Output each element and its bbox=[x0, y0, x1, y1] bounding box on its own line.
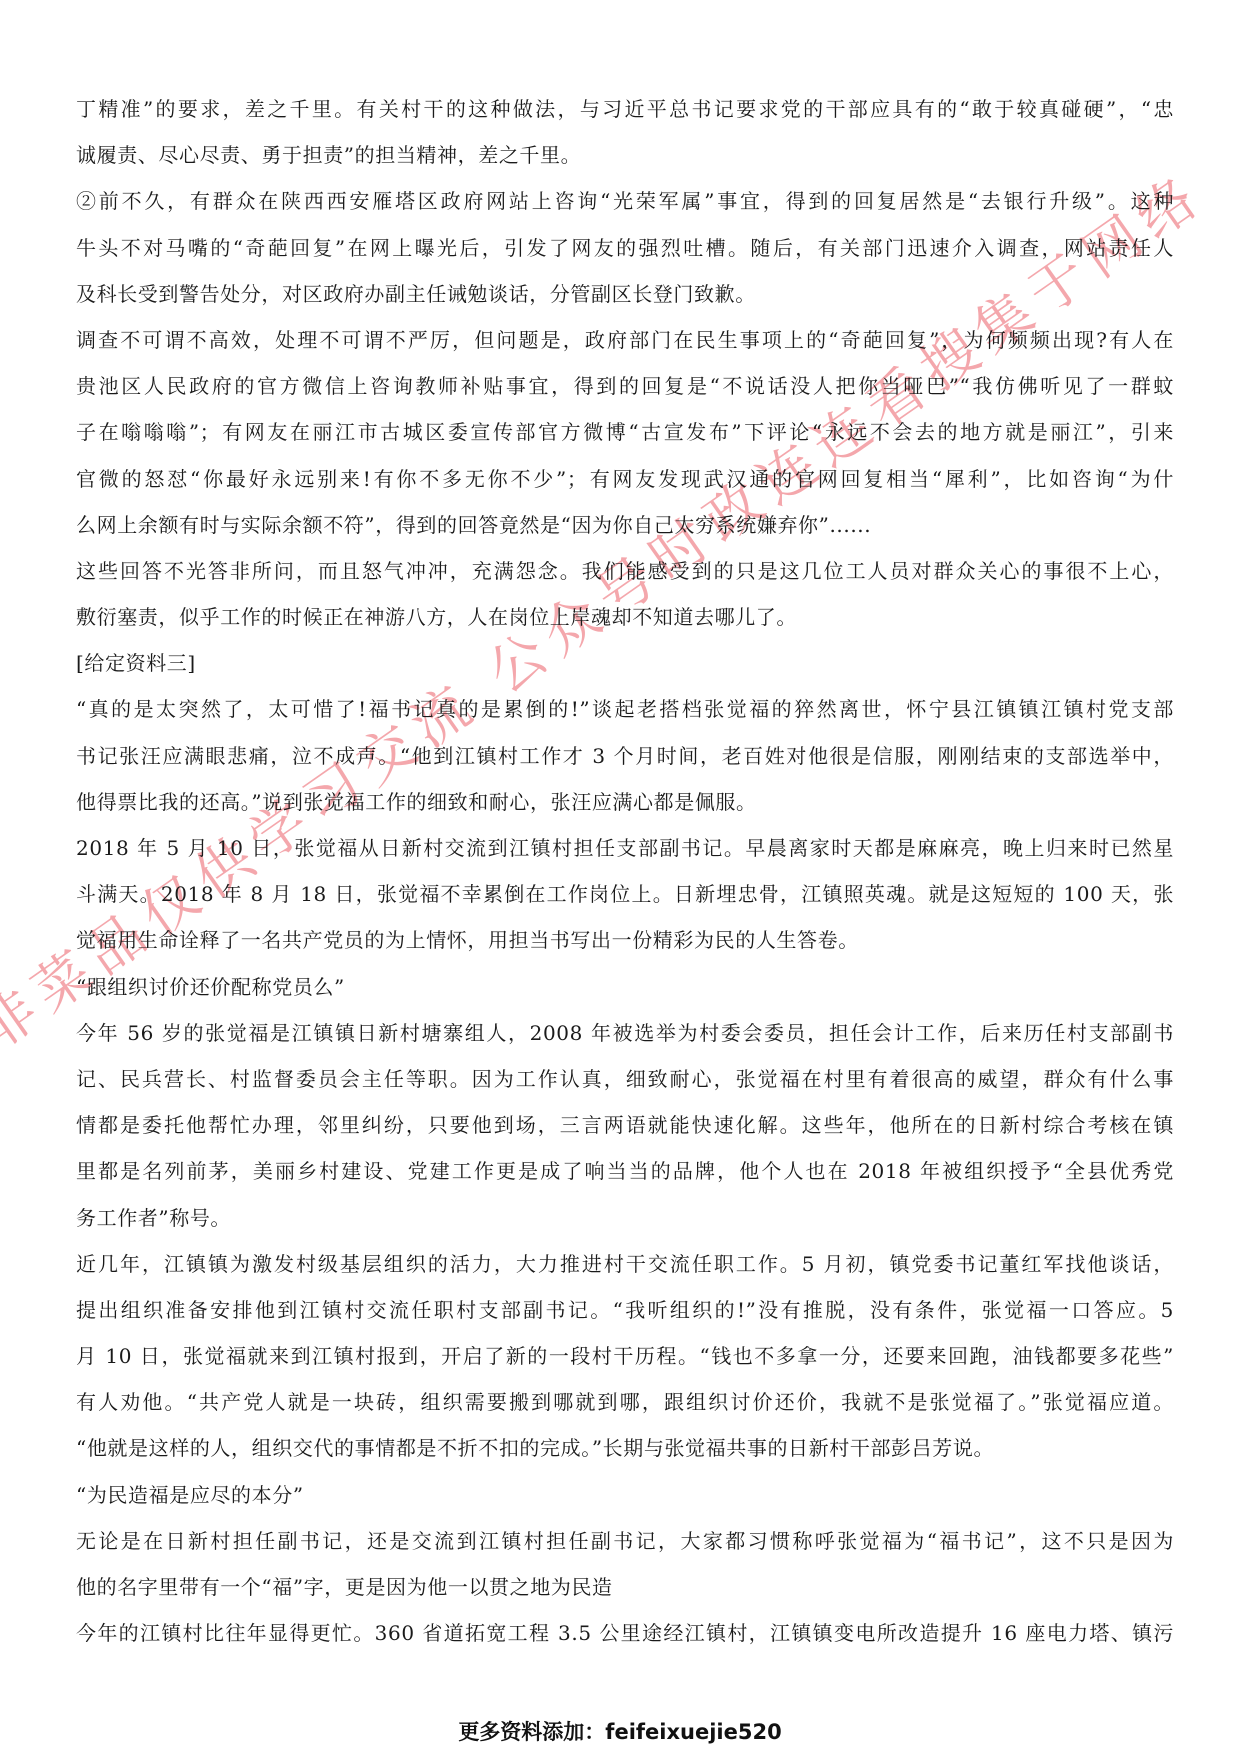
text-line: 调查不可谓不高效，处理不可谓不严厉，但问题是，政府部门在民生事项上的“奇葩回复”… bbox=[76, 317, 1174, 363]
text-line: 么网上余额有时与实际余额不符”，得到的回答竟然是“因为你自己太穷系统嫌弃你”..… bbox=[76, 502, 1174, 548]
document-page: 非菜品仅供学习交流 公众号时政连连看搜集于网络 丁精准”的要求，差之千里。有关村… bbox=[0, 0, 1240, 1754]
text-line: 务工作者”称号。 bbox=[76, 1195, 1174, 1241]
text-line: 子在嗡嗡嗡”；有网友在丽江市古城区委宣传部官方微博“古宣发布”下评论“永远不会去… bbox=[76, 409, 1174, 455]
text-line: 记、民兵营长、村监督委员会主任等职。因为工作认真，细致耐心，张觉福在村里有着很高… bbox=[76, 1056, 1174, 1102]
footer-contact: 更多资料添加：feifeixuejie520 bbox=[0, 1716, 1240, 1746]
text-line: 无论是在日新村担任副书记，还是交流到江镇村担任副书记，大家都习惯称呼张觉福为“福… bbox=[76, 1518, 1174, 1564]
text-line: 丁精准”的要求，差之千里。有关村干的这种做法，与习近平总书记要求党的干部应具有的… bbox=[76, 86, 1174, 132]
text-line: 他得票比我的还高。”说到张觉福工作的细致和耐心，张汪应满心都是佩服。 bbox=[76, 779, 1174, 825]
text-line: 官微的怒怼“你最好永远别来!有你不多无你不少”；有网友发现武汉通的官网回复相当“… bbox=[76, 456, 1174, 502]
document-body: 丁精准”的要求，差之千里。有关村干的这种做法，与习近平总书记要求党的干部应具有的… bbox=[76, 86, 1174, 1656]
text-line: “为民造福是应尽的本分” bbox=[76, 1472, 1174, 1518]
text-line: 斗满天。2018 年 8 月 18 日，张觉福不幸累倒在工作岗位上。日新埋忠骨，… bbox=[76, 871, 1174, 917]
text-line: 今年 56 岁的张觉福是江镇镇日新村塘寨组人，2008 年被选举为村委会委员，担… bbox=[76, 1010, 1174, 1056]
text-line: “他就是这样的人，组织交代的事情都是不折不扣的完成。”长期与张觉福共事的日新村干… bbox=[76, 1425, 1174, 1471]
text-line: 近几年，江镇镇为激发村级基层组织的活力，大力推进村干交流任职工作。5 月初，镇党… bbox=[76, 1241, 1174, 1287]
text-line: ②前不久，有群众在陕西西安雁塔区政府网站上咨询“光荣军属”事宜，得到的回复居然是… bbox=[76, 178, 1174, 224]
text-line: 今年的江镇村比往年显得更忙。360 省道拓宽工程 3.5 公里途经江镇村，江镇镇… bbox=[76, 1610, 1174, 1656]
text-line: 提出组织准备安排他到江镇村交流任职村支部副书记。“我听组织的!”没有推脱，没有条… bbox=[76, 1287, 1174, 1333]
text-line: 里都是名列前茅，美丽乡村建设、党建工作更是成了响当当的品牌，他个人也在 2018… bbox=[76, 1148, 1174, 1194]
text-line: 觉福用生命诠释了一名共产党员的为上情怀，用担当书写出一份精彩为民的人生答卷。 bbox=[76, 917, 1174, 963]
text-line: 2018 年 5 月 10 日，张觉福从日新村交流到江镇村担任支部副书记。早晨离… bbox=[76, 825, 1174, 871]
text-line: 牛头不对马嘴的“奇葩回复”在网上曝光后，引发了网友的强烈吐槽。随后，有关部门迅速… bbox=[76, 225, 1174, 271]
text-line: 诚履责、尽心尽责、勇于担责”的担当精神，差之千里。 bbox=[76, 132, 1174, 178]
text-line: “跟组织讨价还价配称党员么” bbox=[76, 964, 1174, 1010]
text-line: 有人劝他。“共产党人就是一块砖，组织需要搬到哪就到哪，跟组织讨价还价，我就不是张… bbox=[76, 1379, 1174, 1425]
text-line: 月 10 日，张觉福就来到江镇村报到，开启了新的一段村干历程。“钱也不多拿一分，… bbox=[76, 1333, 1174, 1379]
text-line: 贵池区人民政府的官方微信上咨询教师补贴事宜，得到的回复是“不说话没人把你当哑巴”… bbox=[76, 363, 1174, 409]
text-line: [给定资料三] bbox=[76, 640, 1174, 686]
text-line: 他的名字里带有一个“福”字，更是因为他一以贯之地为民造 bbox=[76, 1564, 1174, 1610]
text-line: 敷衍塞责，似乎工作的时候正在神游八方，人在岗位上岸魂却不知道去哪儿了。 bbox=[76, 594, 1174, 640]
text-line: 及科长受到警告处分，对区政府办副主任诫勉谈话，分管副区长登门致歉。 bbox=[76, 271, 1174, 317]
text-line: 情都是委托他帮忙办理，邻里纠纷，只要他到场，三言两语就能快速化解。这些年，他所在… bbox=[76, 1102, 1174, 1148]
text-line: “真的是太突然了，太可惜了!福书记真的是累倒的!”谈起老搭档张觉福的猝然离世，怀… bbox=[76, 686, 1174, 732]
text-line: 这些回答不光答非所问，而且怒气冲冲，充满怨念。我们能感受到的只是这几位工人员对群… bbox=[76, 548, 1174, 594]
text-line: 书记张汪应满眼悲痛，泣不成声。“他到江镇村工作才 3 个月时间，老百姓对他很是信… bbox=[76, 733, 1174, 779]
